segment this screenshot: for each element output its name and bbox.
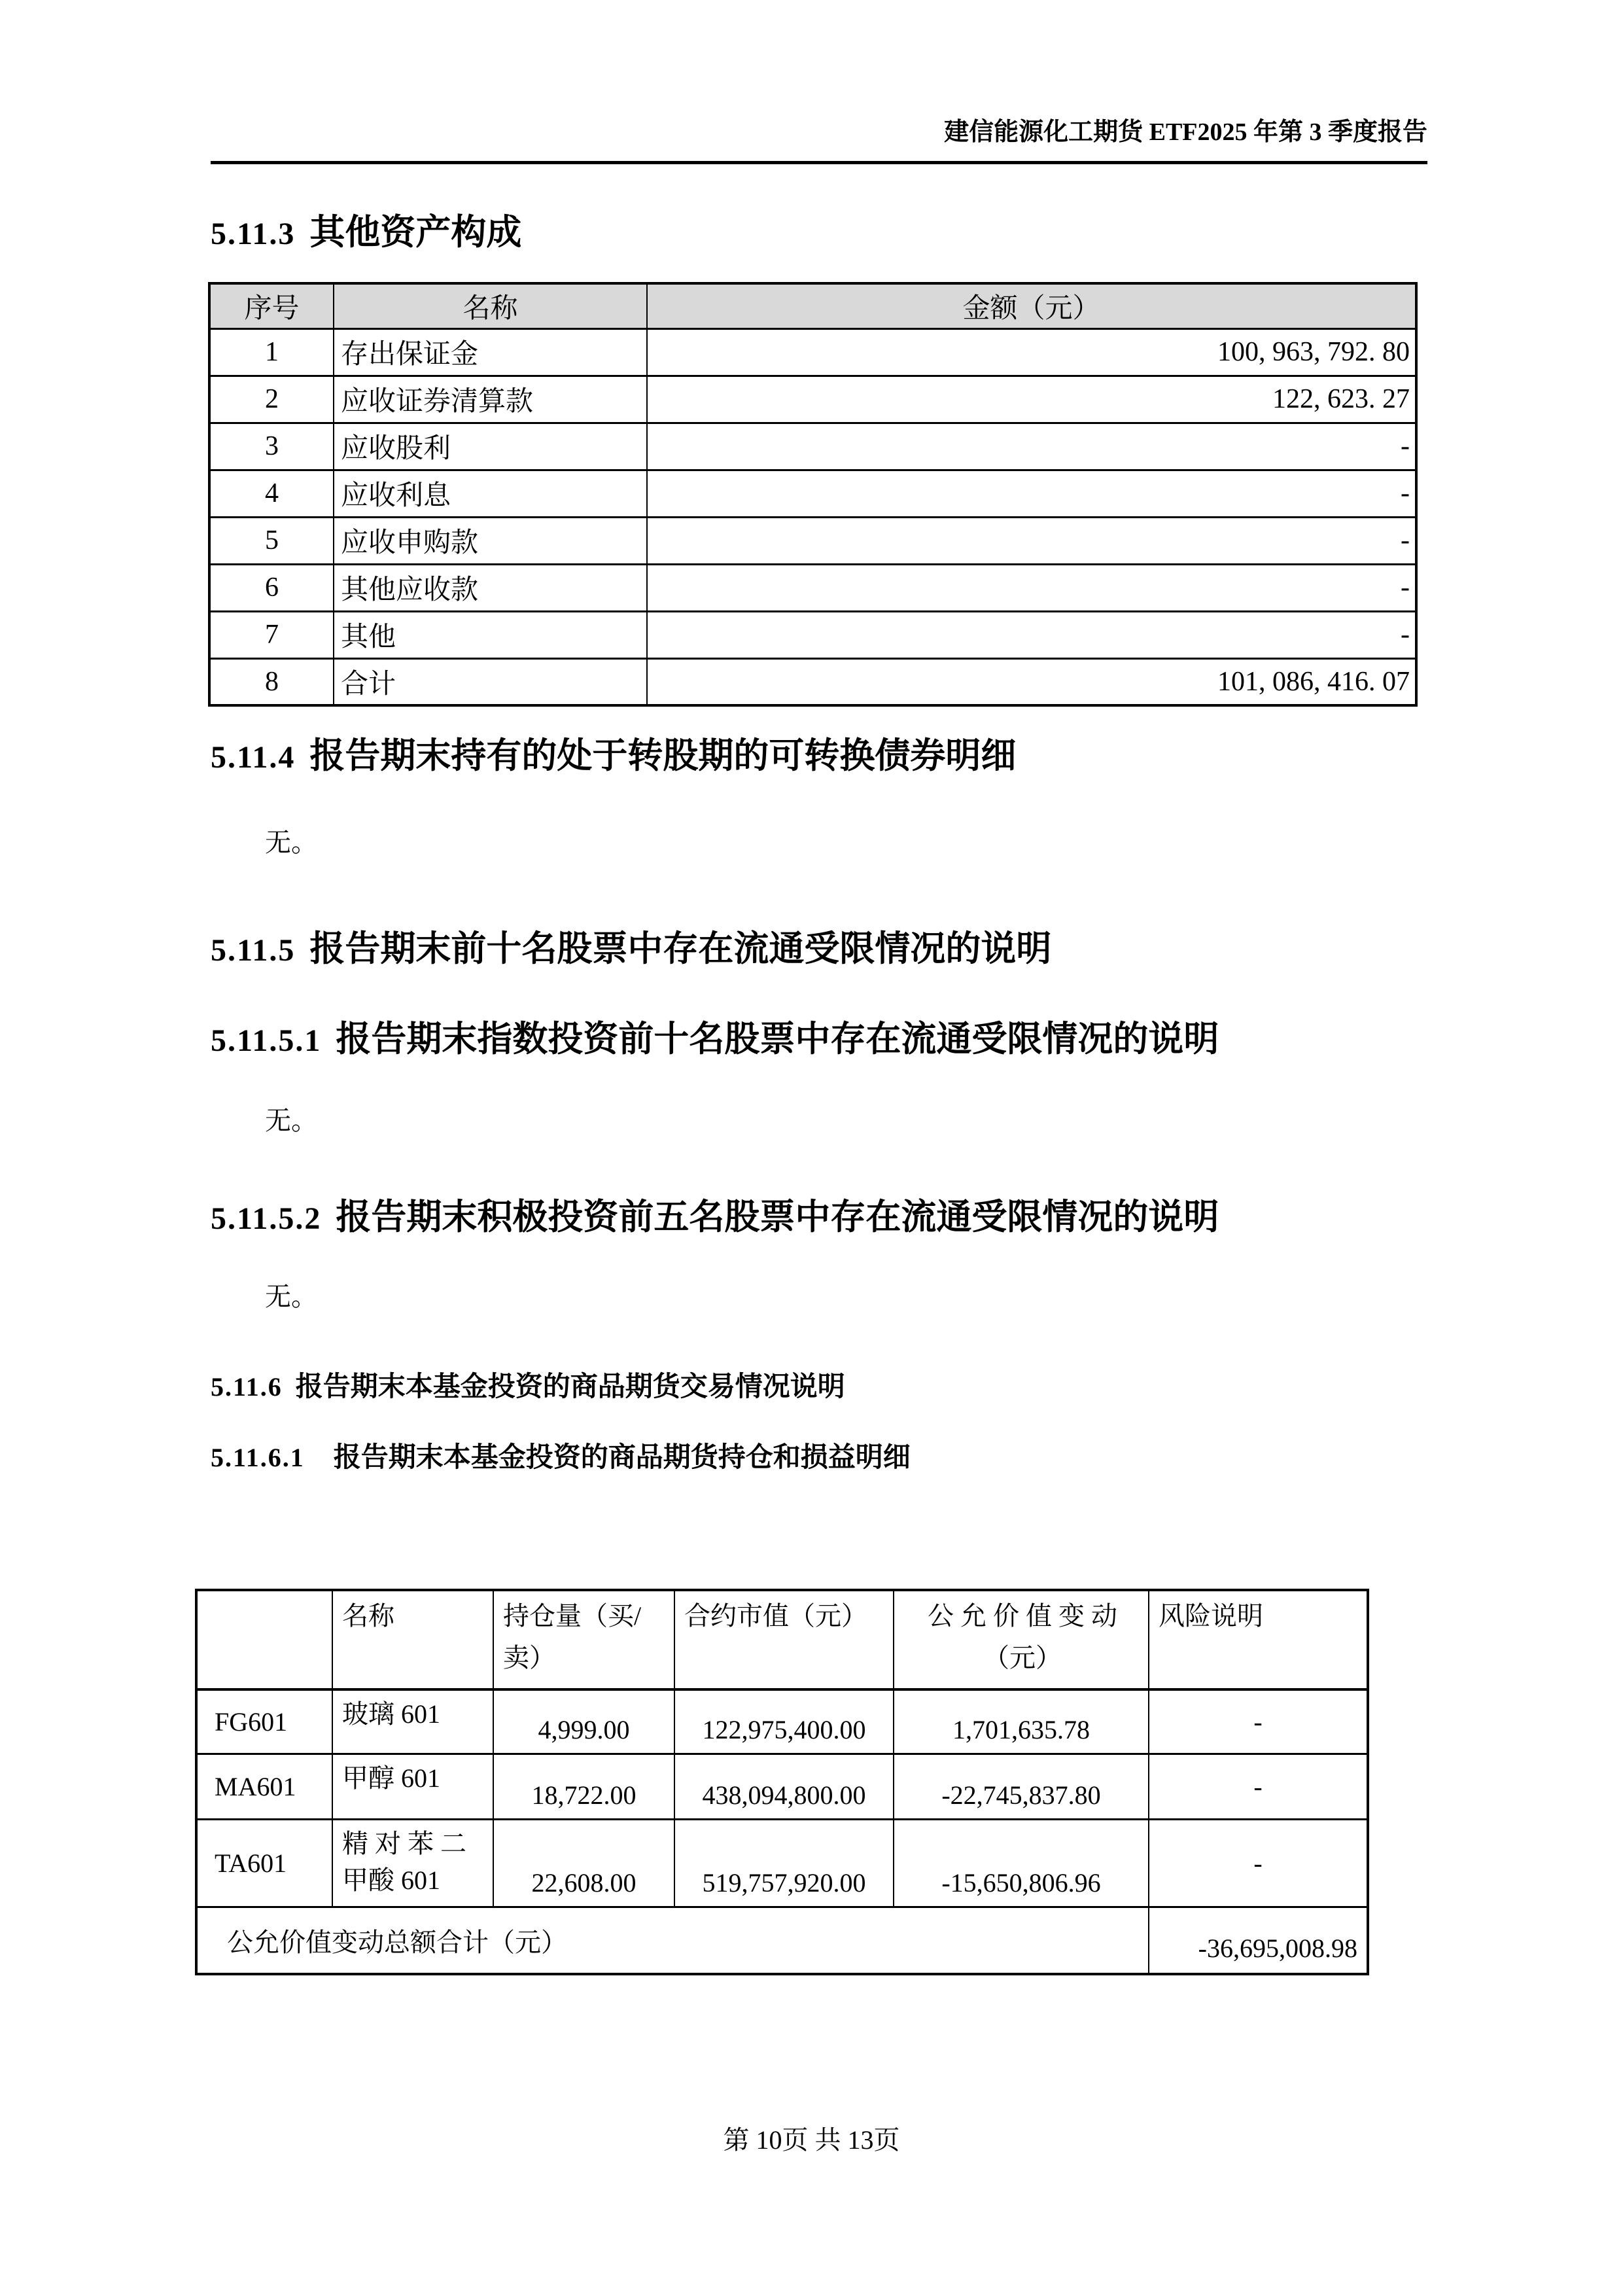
- cell-code: FG601: [196, 1689, 332, 1754]
- cell-amount: -: [647, 611, 1416, 658]
- cell-position: 18,722.00: [493, 1754, 674, 1819]
- heading-number: 5.11.6.1: [211, 1443, 305, 1472]
- heading-title: 报告期末指数投资前十名股票中存在流通受限情况的说明: [336, 1019, 1219, 1059]
- other-assets-table: 序号 名称 金额（元） 1 存出保证金 100, 963, 792. 80 2 …: [208, 282, 1418, 707]
- heading-number: 5.11.5.1: [211, 1023, 321, 1058]
- cell-name: 应收证券清算款: [334, 376, 647, 423]
- col-risk: 风险说明: [1149, 1590, 1368, 1689]
- col-name: 名称: [334, 283, 647, 328]
- cell-risk: -: [1149, 1754, 1368, 1819]
- cell-name: 存出保证金: [334, 328, 647, 376]
- col-name: 名称: [332, 1590, 493, 1689]
- cell-name: 甲醇 601: [332, 1754, 493, 1819]
- col-code: [196, 1590, 332, 1689]
- cell-name: 应收利息: [334, 470, 647, 517]
- table-row: FG601 玻璃 601 4,999.00 122,975,400.00 1,7…: [196, 1689, 1368, 1754]
- page-footer: 第 10页 共 13页: [0, 2125, 1623, 2155]
- table-row: 6 其他应收款 -: [209, 564, 1416, 611]
- table-row: 5 应收申购款 -: [209, 517, 1416, 564]
- table-row: TA601 精 对 苯 二 甲酸 601 22,608.00 519,757,9…: [196, 1819, 1368, 1907]
- cell-fair-value-change: -15,650,806.96: [894, 1819, 1149, 1907]
- cell-name: 其他应收款: [334, 564, 647, 611]
- heading-title: 其他资产构成: [309, 213, 521, 252]
- cell-position: 22,608.00: [493, 1819, 674, 1907]
- heading-number: 5.11.6: [211, 1372, 283, 1402]
- cell-code: TA601: [196, 1819, 332, 1907]
- cell-serial: 6: [209, 564, 334, 611]
- cell-code: MA601: [196, 1754, 332, 1819]
- cell-name: 精 对 苯 二 甲酸 601: [332, 1819, 493, 1907]
- cell-amount: -: [647, 517, 1416, 564]
- cell-market-value: 122,975,400.00: [674, 1689, 894, 1754]
- table-header-row: 序号 名称 金额（元）: [209, 283, 1416, 328]
- futures-positions-table: 名称 持仓量（买/ 卖） 合约市值（元） 公 允 价 值 变 动 （元） 风险说…: [195, 1589, 1369, 1975]
- section-5-11-6-1-heading: 5.11.6.1报告期末本基金投资的商品期货持仓和损益明细: [211, 1438, 1427, 1477]
- cell-serial: 5: [209, 517, 334, 564]
- cell-amount: -: [647, 423, 1416, 470]
- heading-number: 5.11.4: [211, 740, 295, 775]
- table-row: 2 应收证券清算款 122, 623. 27: [209, 376, 1416, 423]
- table-row: 3 应收股利 -: [209, 423, 1416, 470]
- total-value: -36,695,008.98: [1149, 1907, 1368, 1974]
- cell-market-value: 438,094,800.00: [674, 1754, 894, 1819]
- cell-position: 4,999.00: [493, 1689, 674, 1754]
- cell-fair-value-change: -22,745,837.80: [894, 1754, 1149, 1819]
- section-5-11-3-heading: 5.11.3其他资产构成: [211, 209, 1427, 257]
- cell-serial: 2: [209, 376, 334, 423]
- cell-amount: -: [647, 470, 1416, 517]
- heading-title: 报告期末持有的处于转股期的可转换债券明细: [309, 736, 1016, 775]
- col-serial: 序号: [209, 283, 334, 328]
- cell-name: 应收股利: [334, 423, 647, 470]
- report-title: 建信能源化工期货 ETF2025 年第 3 季度报告: [944, 118, 1427, 146]
- col-position: 持仓量（买/ 卖）: [493, 1590, 674, 1689]
- table-row: 8 合计 101, 086, 416. 07: [209, 658, 1416, 705]
- cell-name: 其他: [334, 611, 647, 658]
- col-market-value: 合约市值（元）: [674, 1590, 894, 1689]
- table-row: 1 存出保证金 100, 963, 792. 80: [209, 328, 1416, 376]
- none-text: 无。: [211, 1106, 1427, 1136]
- cell-amount: 122, 623. 27: [647, 376, 1416, 423]
- cell-amount: -: [647, 564, 1416, 611]
- heading-title: 报告期末前十名股票中存在流通受限情况的说明: [309, 929, 1051, 968]
- section-5-11-5-heading: 5.11.5报告期末前十名股票中存在流通受限情况的说明: [211, 926, 1427, 974]
- total-label: 公允价值变动总额合计（元）: [196, 1907, 1149, 1974]
- cell-serial: 1: [209, 328, 334, 376]
- heading-number: 5.11.5: [211, 933, 295, 968]
- section-5-11-6-heading: 5.11.6报告期末本基金投资的商品期货交易情况说明: [211, 1367, 1427, 1407]
- heading-number: 5.11.3: [211, 217, 295, 251]
- cell-name: 合计: [334, 658, 647, 705]
- cell-fair-value-change: 1,701,635.78: [894, 1689, 1149, 1754]
- none-text: 无。: [211, 1282, 1427, 1312]
- heading-title: 报告期末本基金投资的商品期货持仓和损益明细: [334, 1441, 911, 1472]
- page-content: 建信能源化工期货 ETF2025 年第 3 季度报告 5.11.3其他资产构成 …: [211, 0, 1427, 1975]
- none-text: 无。: [211, 828, 1427, 858]
- section-5-11-4-heading: 5.11.4报告期末持有的处于转股期的可转换债券明细: [211, 733, 1427, 781]
- cell-risk: -: [1149, 1819, 1368, 1907]
- cell-market-value: 519,757,920.00: [674, 1819, 894, 1907]
- section-5-11-5-1-heading: 5.11.5.1报告期末指数投资前十名股票中存在流通受限情况的说明: [211, 1000, 1427, 1080]
- total-row: 公允价值变动总额合计（元） -36,695,008.98: [196, 1907, 1368, 1974]
- cell-amount: 101, 086, 416. 07: [647, 658, 1416, 705]
- table-header-row: 名称 持仓量（买/ 卖） 合约市值（元） 公 允 价 值 变 动 （元） 风险说…: [196, 1590, 1368, 1689]
- cell-serial: 8: [209, 658, 334, 705]
- table-row: MA601 甲醇 601 18,722.00 438,094,800.00 -2…: [196, 1754, 1368, 1819]
- cell-serial: 4: [209, 470, 334, 517]
- report-header: 建信能源化工期货 ETF2025 年第 3 季度报告: [211, 116, 1427, 164]
- heading-number: 5.11.5.2: [211, 1201, 321, 1236]
- cell-risk: -: [1149, 1689, 1368, 1754]
- col-fair-value-change: 公 允 价 值 变 动 （元）: [894, 1590, 1149, 1689]
- heading-title: 报告期末本基金投资的商品期货交易情况说明: [296, 1371, 845, 1402]
- section-5-11-5-2-heading: 5.11.5.2报告期末积极投资前五名股票中存在流通受限情况的说明: [211, 1178, 1427, 1258]
- cell-serial: 7: [209, 611, 334, 658]
- cell-serial: 3: [209, 423, 334, 470]
- table-row: 4 应收利息 -: [209, 470, 1416, 517]
- cell-amount: 100, 963, 792. 80: [647, 328, 1416, 376]
- col-amount: 金额（元）: [647, 283, 1416, 328]
- cell-name: 玻璃 601: [332, 1689, 493, 1754]
- table-row: 7 其他 -: [209, 611, 1416, 658]
- heading-title: 报告期末积极投资前五名股票中存在流通受限情况的说明: [336, 1197, 1219, 1237]
- cell-name: 应收申购款: [334, 517, 647, 564]
